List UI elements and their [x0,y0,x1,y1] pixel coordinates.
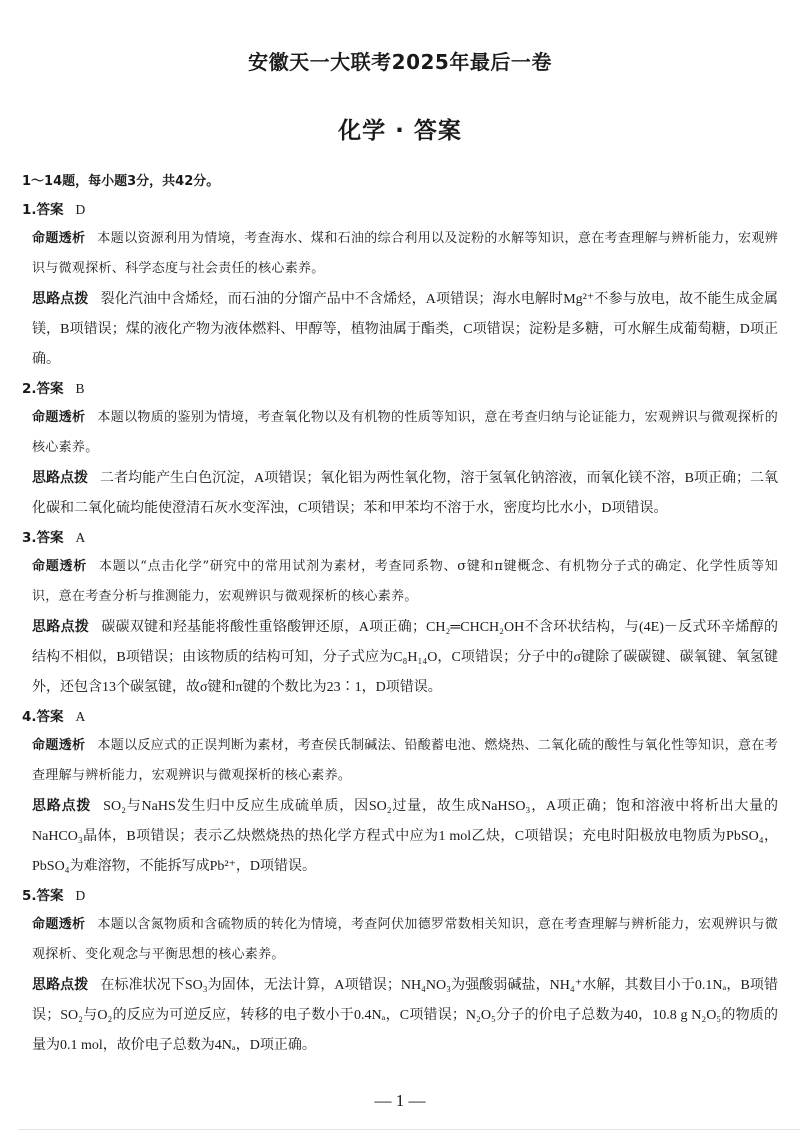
analysis-paragraph: 命题透析本题以物质的鉴别为情境，考查氧化物以及有机物的性质等知识，意在考查归纳与… [32,403,778,463]
answer-document-page: 安徽天一大联考2025年最后一卷 化学 · 答案 1～14题，每小题3分，共42… [0,0,800,1131]
answer-value: A [76,709,86,724]
question-number: 1. [22,202,37,218]
question-number: 4. [22,709,37,725]
answers-list: 1.答案D 命题透析本题以资源利用为情境，考查海水、煤和石油的综合利用以及淀粉的… [22,196,778,1061]
analysis-text: 本题以含氮物质和含硫物质的转化为情境，考查阿伏加德罗常数相关知识，意在考查理解与… [32,917,778,962]
reasoning-label: 思路点拨 [32,470,88,486]
question-number: 2. [22,381,37,397]
analysis-paragraph: 命题透析本题以“点击化学”研究中的常用试剂为素材，考查同系物、σ键和π键概念、有… [32,552,778,612]
page-bottom-divider [18,1129,800,1130]
reasoning-label: 思路点拨 [32,798,91,814]
reasoning-paragraph: 思路点拨碳碳双键和羟基能将酸性重铬酸钾还原，A项正确；CH₂═CHCH₂OH不含… [32,612,778,703]
reasoning-paragraph: 思路点拨裂化汽油中含烯烃，而石油的分馏产品中不含烯烃，A项错误；海水电解时Mg²… [32,284,778,375]
reasoning-label: 思路点拨 [32,977,88,993]
document-title: 安徽天一大联考2025年最后一卷 [0,46,800,75]
answer-value: B [76,381,85,396]
reasoning-label: 思路点拨 [32,619,89,635]
analysis-text: 本题以反应式的正误判断为素材，考查侯氏制碱法、铅酸蓄电池、燃烧热、二氧化硫的酸性… [32,738,778,783]
question-block: 5.答案D 命题透析本题以含氮物质和含硫物质的转化为情境，考查阿伏加德罗常数相关… [22,882,778,1061]
reasoning-paragraph: 思路点拨二者均能产生白色沉淀，A项错误；氧化铝为两性氧化物，溶于氢氧化钠溶液，而… [32,463,778,524]
question-number: 3. [22,530,37,546]
answer-label: 答案 [37,888,64,904]
question-header: 5.答案D [22,882,778,910]
question-header: 1.答案D [22,196,778,224]
question-block: 2.答案B 命题透析本题以物质的鉴别为情境，考查氧化物以及有机物的性质等知识，意… [22,375,778,524]
reasoning-paragraph: 思路点拨在标准状况下SO₃为固体，无法计算，A项错误；NH₄NO₃为强酸弱碱盐，… [32,970,778,1061]
reasoning-text: 在标准状况下SO₃为固体，无法计算，A项错误；NH₄NO₃为强酸弱碱盐，NH₄⁺… [32,978,778,1053]
analysis-text: 本题以物质的鉴别为情境，考查氧化物以及有机物的性质等知识，意在考查归纳与论证能力… [32,410,778,455]
analysis-label: 命题透析 [32,231,85,246]
analysis-label: 命题透析 [32,410,85,425]
answer-value: D [76,888,86,903]
page-number: — 1 — [0,1091,800,1111]
answer-value: A [76,530,86,545]
reasoning-text: 碳碳双键和羟基能将酸性重铬酸钾还原，A项正确；CH₂═CHCH₂OH不含环状结构… [32,620,778,695]
reasoning-label: 思路点拨 [32,291,89,307]
analysis-text: 本题以资源利用为情境，考查海水、煤和石油的综合利用以及淀粉的水解等知识，意在考查… [32,231,778,276]
analysis-paragraph: 命题透析本题以反应式的正误判断为素材，考查侯氏制碱法、铅酸蓄电池、燃烧热、二氧化… [32,731,778,791]
question-header: 4.答案A [22,703,778,731]
analysis-label: 命题透析 [32,917,85,932]
answer-value: D [76,202,86,217]
question-header: 3.答案A [22,524,778,552]
answer-label: 答案 [37,202,64,218]
reasoning-text: 裂化汽油中含烯烃，而石油的分馏产品中不含烯烃，A项错误；海水电解时Mg²⁺不参与… [32,292,778,367]
analysis-label: 命题透析 [32,559,87,574]
document-subtitle: 化学 · 答案 [0,112,800,145]
analysis-text: 本题以“点击化学”研究中的常用试剂为素材，考查同系物、σ键和π键概念、有机物分子… [32,559,778,604]
answer-label: 答案 [37,381,64,397]
reasoning-text: SO₂与NaHS发生归中反应生成硫单质，因SO₂过量，故生成NaHSO₃，A项正… [32,799,778,874]
reasoning-paragraph: 思路点拨SO₂与NaHS发生归中反应生成硫单质，因SO₂过量，故生成NaHSO₃… [32,791,778,882]
reasoning-text: 二者均能产生白色沉淀，A项错误；氧化铝为两性氧化物，溶于氢氧化钠溶液，而氧化镁不… [32,471,778,516]
analysis-paragraph: 命题透析本题以资源利用为情境，考查海水、煤和石油的综合利用以及淀粉的水解等知识，… [32,224,778,284]
question-header: 2.答案B [22,375,778,403]
answer-label: 答案 [37,709,64,725]
analysis-label: 命题透析 [32,738,85,753]
question-block: 3.答案A 命题透析本题以“点击化学”研究中的常用试剂为素材，考查同系物、σ键和… [22,524,778,703]
question-block: 1.答案D 命题透析本题以资源利用为情境，考查海水、煤和石油的综合利用以及淀粉的… [22,196,778,375]
analysis-paragraph: 命题透析本题以含氮物质和含硫物质的转化为情境，考查阿伏加德罗常数相关知识，意在考… [32,910,778,970]
question-block: 4.答案A 命题透析本题以反应式的正误判断为素材，考查侯氏制碱法、铅酸蓄电池、燃… [22,703,778,882]
answer-label: 答案 [37,530,64,546]
scoring-note: 1～14题，每小题3分，共42分。 [22,170,219,189]
question-number: 5. [22,888,37,904]
